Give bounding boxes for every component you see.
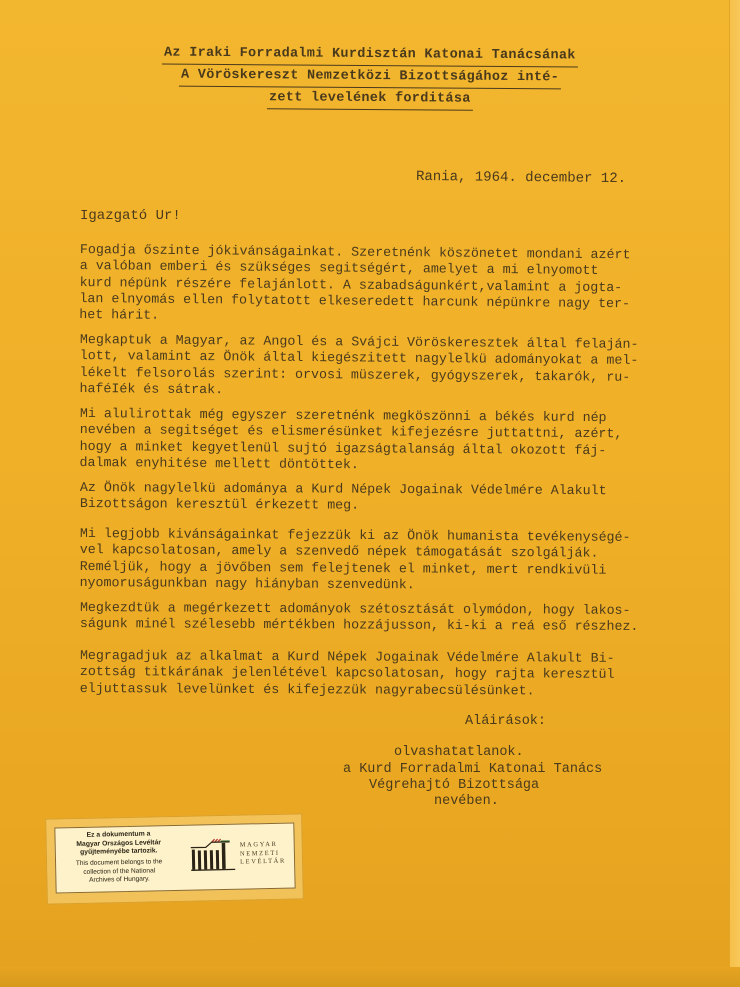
signature-line: nevében. <box>434 794 499 811</box>
paragraph-line: nyomoruságunkban nagy hiányban szenvedün… <box>80 575 720 596</box>
signature-line: olvashatatlanok. <box>394 745 524 762</box>
document-title: Az Iraki Forradalmi Kurdisztán Katonai T… <box>140 44 600 110</box>
paragraph: Fogadja őszinte jókivánságainkat. Szeret… <box>79 242 720 330</box>
title-line: zett levelének forditása <box>267 87 473 110</box>
stamp-hungarian-text: Ez a dokumentum a Magyar Országos Levélt… <box>59 830 178 858</box>
page-edge <box>729 0 740 987</box>
archive-stamp: Ez a dokumentum a Magyar Országos Levélt… <box>54 822 295 893</box>
paragraph-line: ságunk minél szélesebb mértékben hozzáju… <box>80 616 720 636</box>
archive-sticker: Ez a dokumentum a Magyar Országos Levélt… <box>45 813 304 904</box>
signature-line: a Kurd Forradalmi Katonai Tanács <box>343 762 602 779</box>
stamp-english-text: This document belongs to the collection … <box>60 858 179 886</box>
signatures-label: Aláirások: <box>465 714 546 731</box>
paragraph: Megragadjuk az alkalmat a Kurd Népek Jog… <box>80 648 720 700</box>
paragraph: Megkezdtük a megérkezett adományok széto… <box>80 600 720 636</box>
paragraph-line: Bizottságon keresztül érkezett meg. <box>80 496 720 516</box>
salutation: Igazgató Ur! <box>80 208 181 224</box>
paragraph: Megkaptuk a Magyar, az Angol és a Svájci… <box>79 332 720 403</box>
mnl-logo-icon <box>190 838 237 873</box>
place-date: Rania, 1964. december 12. <box>416 169 626 187</box>
title-line: Az Iraki Forradalmi Kurdisztán Katonai T… <box>162 43 578 68</box>
paragraph: Mi alulirottak még egyszer szeretnénk me… <box>79 406 719 476</box>
bottom-edge <box>0 967 740 987</box>
paragraph: Mi legjobb kivánságainkat fejezzük ki az… <box>80 526 720 596</box>
title-line: A Vöröskereszt Nemzetközi Bizottságához … <box>179 65 561 90</box>
archive-name-line: LEVÉLTÁR <box>240 858 286 867</box>
paragraph: Az Önök nagylelkü adománya a Kurd Népek … <box>80 480 720 517</box>
stamp-line: Archives of Hungary. <box>60 875 178 886</box>
archive-name: MAGYAR NEMZETI LEVÉLTÁR <box>240 841 286 867</box>
signature-line: Végrehajtó Bizottsága <box>369 778 539 795</box>
paragraph-line: eljuttassuk levelünket és kifejezzük nag… <box>80 681 720 701</box>
